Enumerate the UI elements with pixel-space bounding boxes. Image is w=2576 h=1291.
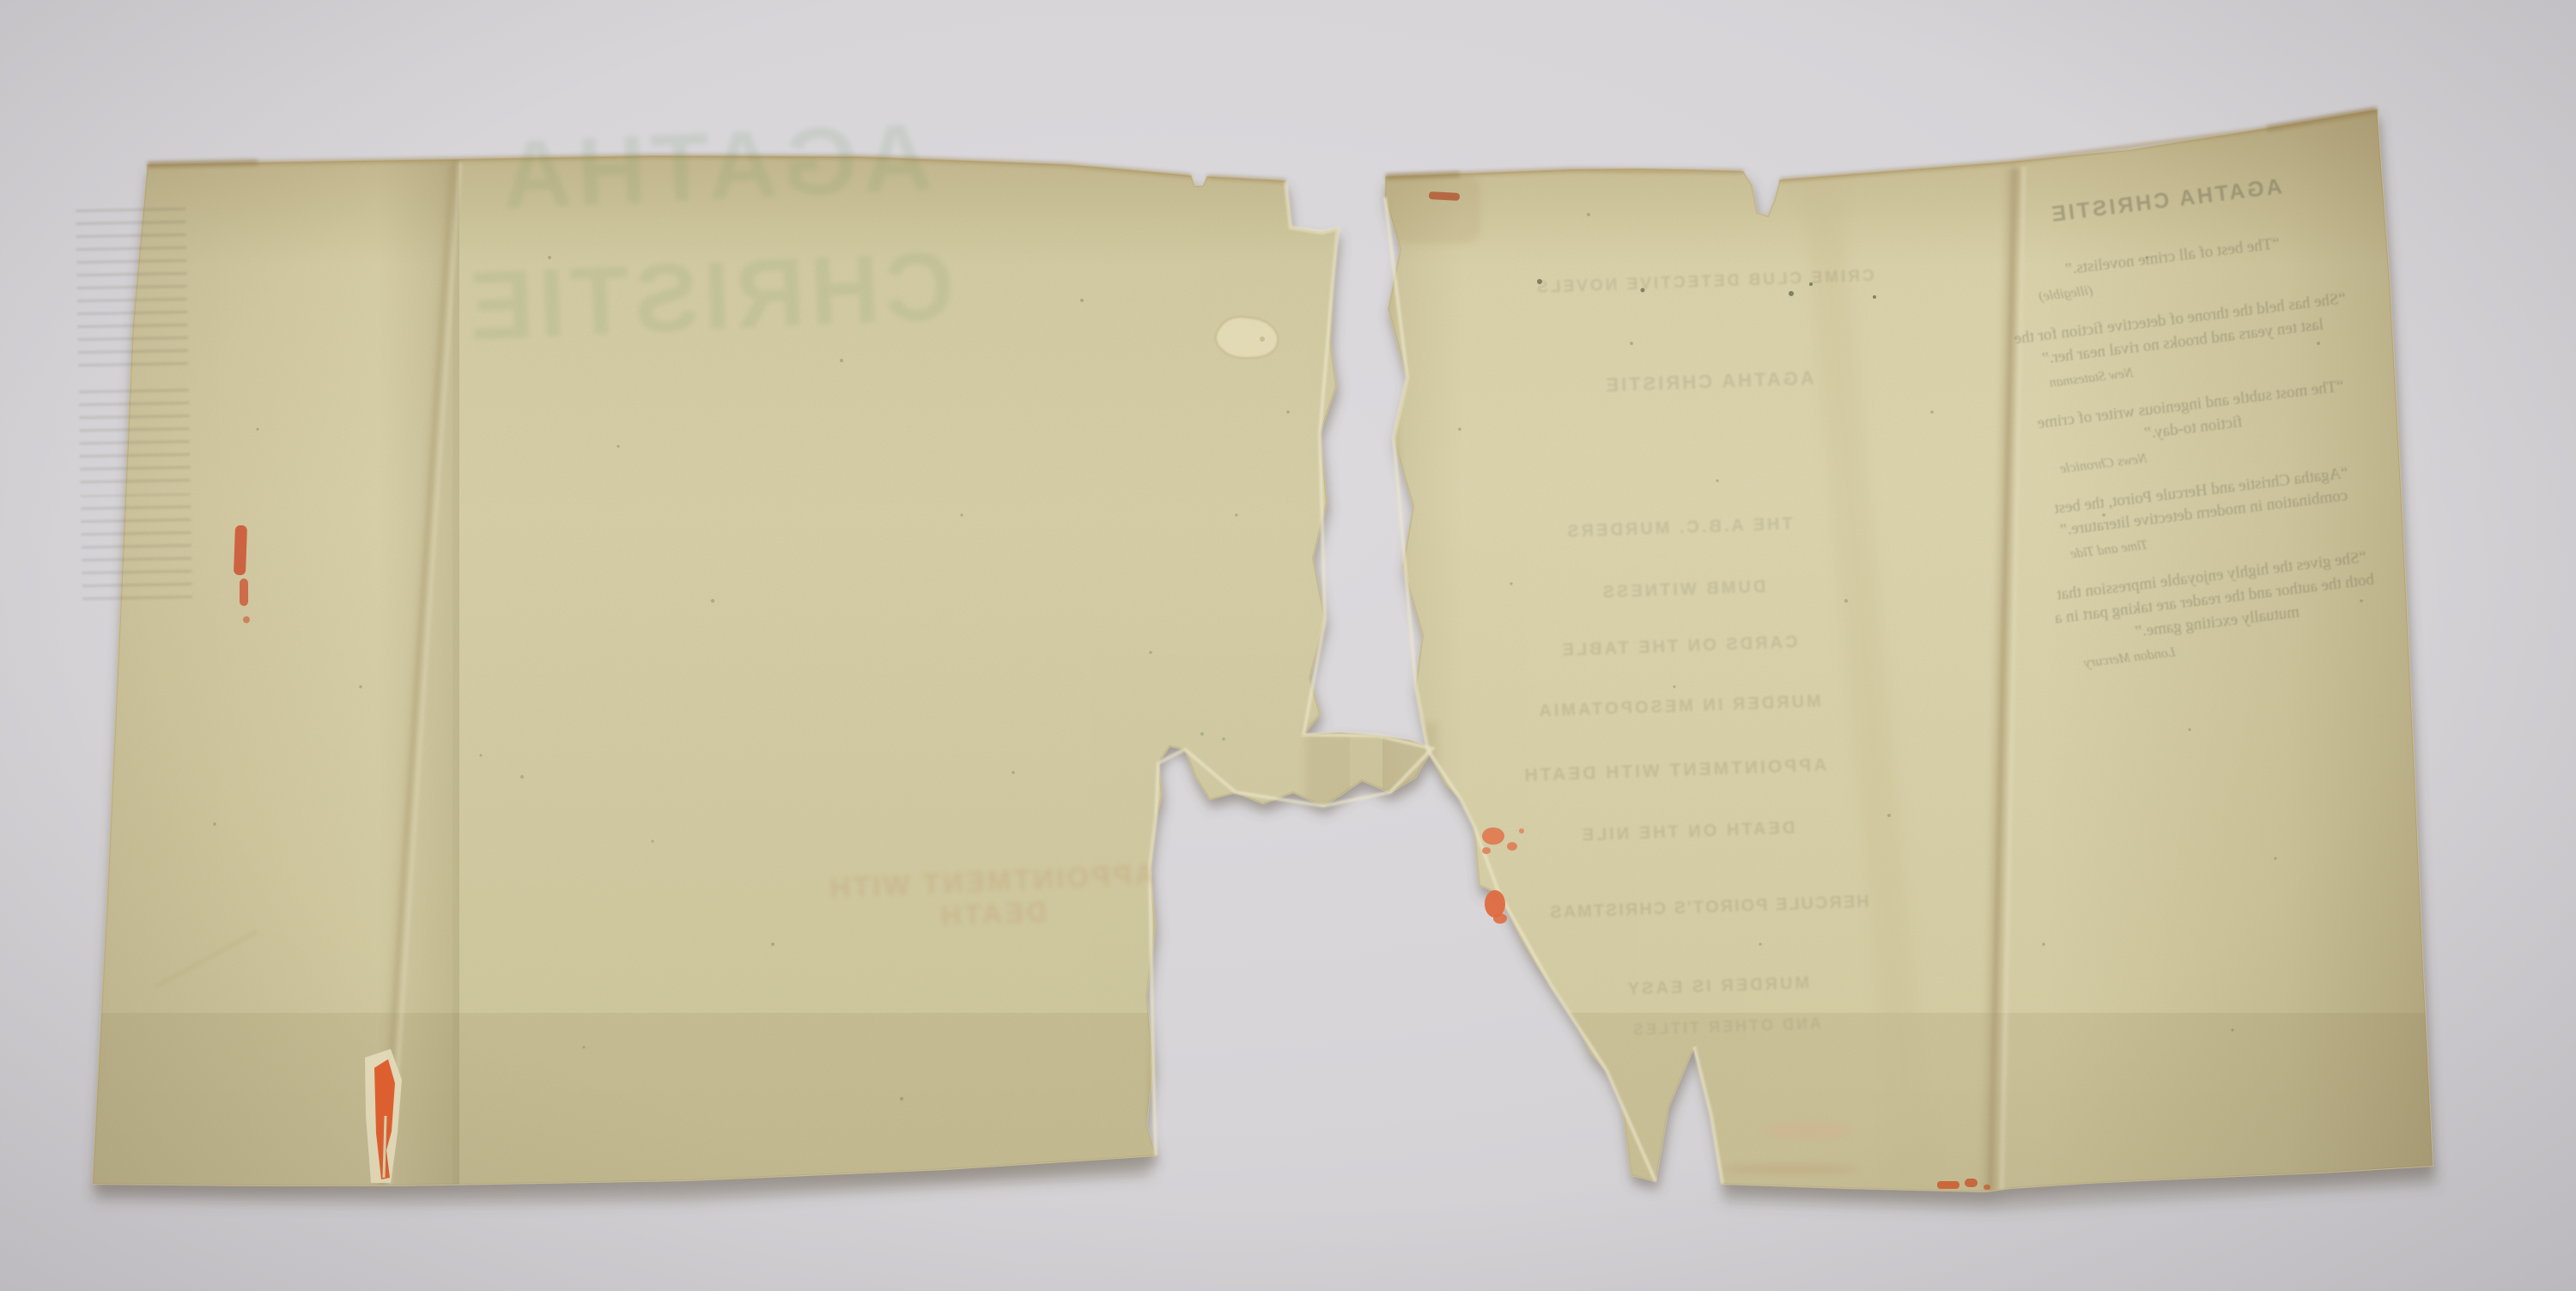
photo-vignette [0,0,2576,1291]
photo-of-torn-dust-jacket: AGATHA CHRISTIE APPOINTMENT WITH DEATH C… [0,0,2576,1291]
